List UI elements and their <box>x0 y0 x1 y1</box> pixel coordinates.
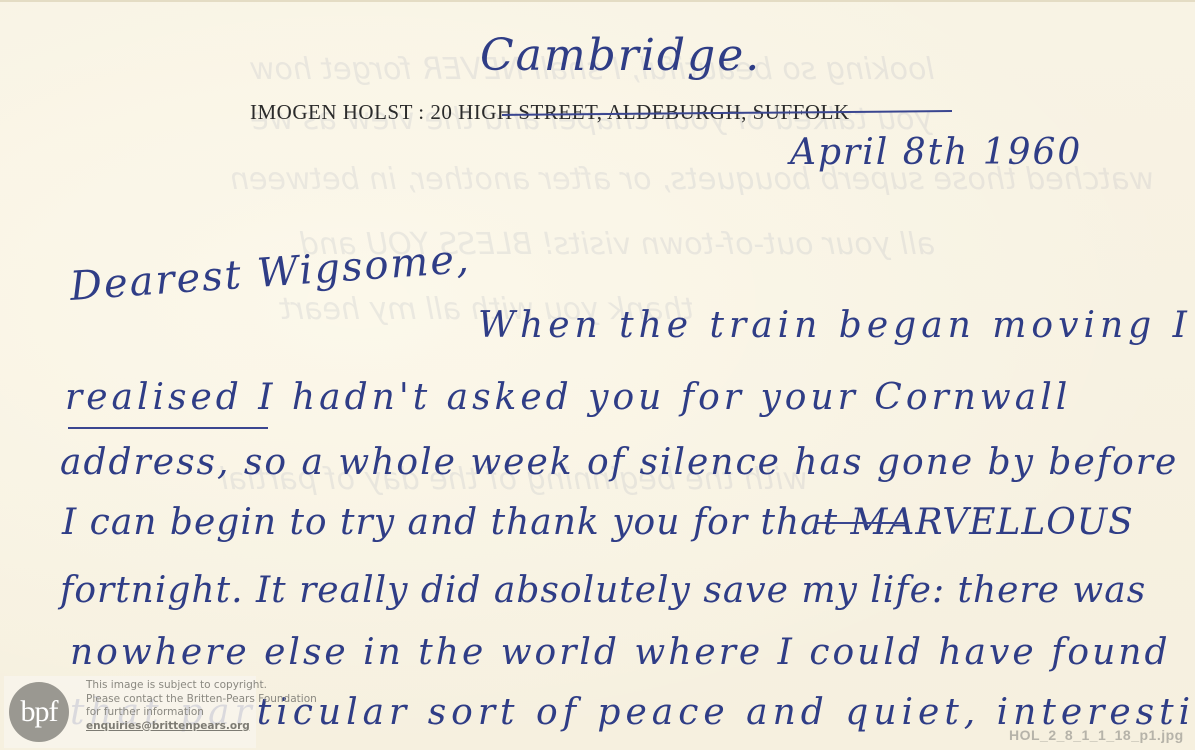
image-filename: HOL_2_8_1_1_18_p1.jpg <box>1009 727 1184 743</box>
body-line-5: fortnight. It really did absolutely save… <box>60 570 1146 611</box>
copyright-notice: This image is subject to copyright. Plea… <box>86 679 317 733</box>
strikethrough-that <box>815 522 905 524</box>
copyright-line: This image is subject to copyright. <box>86 679 317 693</box>
body-line-1: When the train began moving I <box>478 305 1192 346</box>
contact-email-link[interactable]: enquiries@brittenpears.org <box>86 720 317 734</box>
body-line-4: I can begin to try and thank you for tha… <box>62 502 1134 543</box>
salutation: Dearest Wigsome, <box>68 236 472 310</box>
underline-realised <box>68 427 268 429</box>
bpf-logo: bpf <box>9 682 69 742</box>
copyright-line: for further information <box>86 706 317 720</box>
handwritten-place: Cambridge. <box>480 30 761 81</box>
body-line-2: realised I hadn't asked you for your Cor… <box>65 377 1071 418</box>
body-line-6: nowhere else in the world where I could … <box>70 632 1171 673</box>
letter-page: looking so beautiful, I shall NEVER forg… <box>0 0 1195 750</box>
letter-date: April 8th 1960 <box>790 132 1082 173</box>
copyright-line: Please contact the Britten-Pears Foundat… <box>86 693 317 707</box>
body-line-3: address, so a whole week of silence has … <box>60 442 1178 483</box>
